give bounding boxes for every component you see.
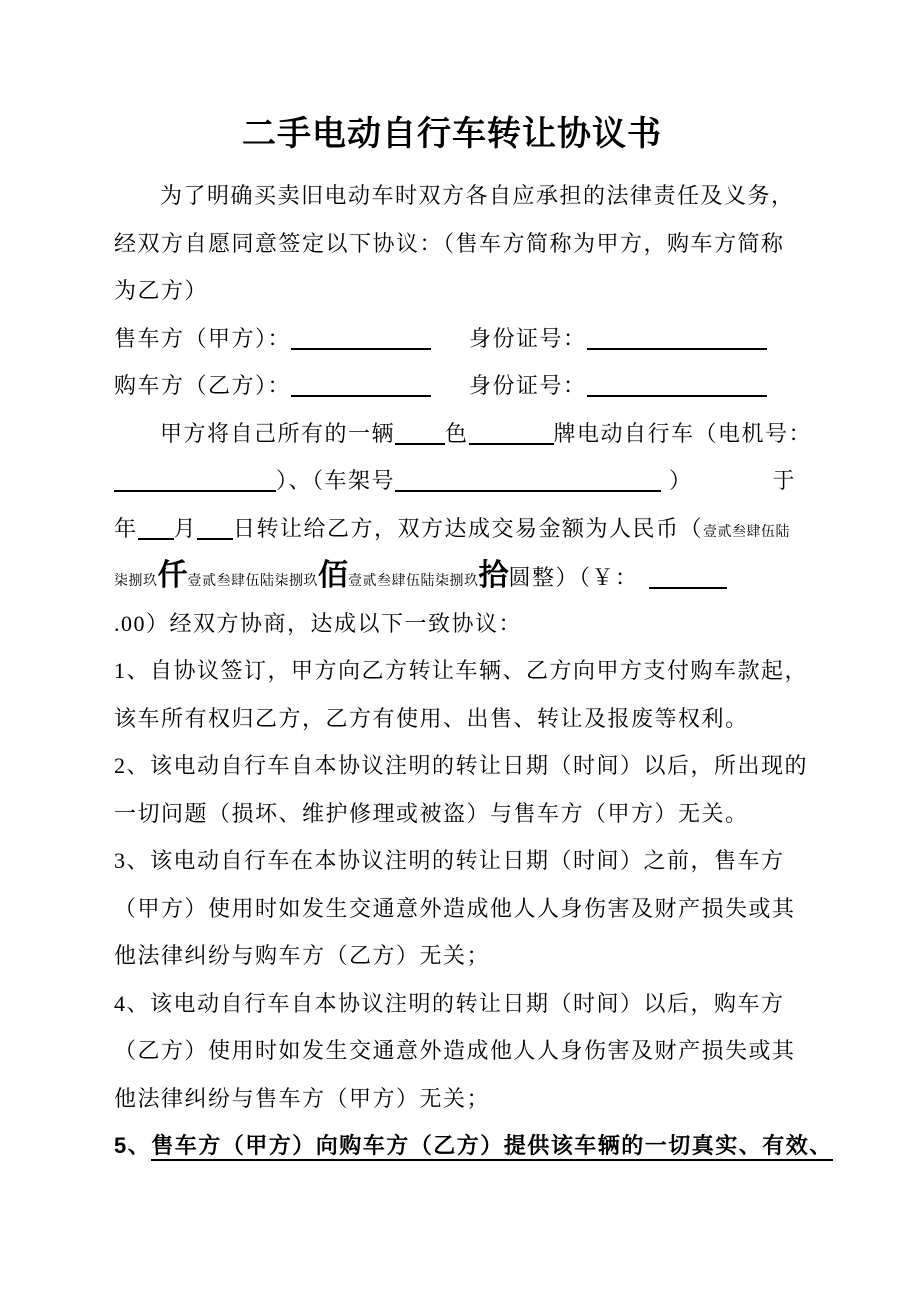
doc-line: 4、该电动自行车自本协议注明的转让日期（时间）以后，购车方 — [114, 980, 920, 1028]
blank-underline-field[interactable] — [291, 324, 431, 350]
text-segment: 该车所有权归乙方，乙方有使用、出售、转让及报废等权利。 — [114, 706, 749, 731]
text-segment: 为乙方） — [114, 278, 208, 303]
text-segment: 为了明确买卖旧电动车时双方各自应承担的法律责任及义务， — [160, 183, 795, 208]
doc-line: 为了明确买卖旧电动车时双方各自应承担的法律责任及义务， — [114, 172, 920, 220]
doc-line: ）、（车架号）于 — [114, 457, 920, 505]
blank-underline-field[interactable] — [469, 419, 554, 445]
text-segment: 身份证号： — [469, 373, 587, 398]
blank-underline-field[interactable] — [138, 514, 174, 540]
doc-line: （甲方）使用时如发生交通意外造成他人人身伤害及财产损失或其 — [114, 885, 920, 933]
doc-line: 3、该电动自行车在本协议注明的转让日期（时间）之前，售车方 — [114, 837, 920, 885]
doc-line: 1、自协议签订，甲方向乙方转让车辆、乙方向甲方支付购车款起， — [114, 647, 920, 695]
text-segment: 一切问题（损坏、维护修理或被盗）与售车方（甲方）无关。 — [114, 801, 749, 826]
text-segment: （乙方）使用时如发生交通意外造成他人人身伤害及财产损失或其 — [114, 1038, 796, 1063]
paragraph-indent — [114, 202, 160, 203]
doc-line: （乙方）使用时如发生交通意外造成他人人身伤害及财产损失或其 — [114, 1027, 920, 1075]
spacer — [661, 487, 669, 488]
spacer — [431, 345, 469, 346]
document-page[interactable]: 二手电动自行车转让协议书 为了明确买卖旧电动车时双方各自应承担的法律责任及义务，… — [0, 0, 920, 1302]
doc-line: 2、该电动自行车自本协议注明的转让日期（时间）以后，所出现的 — [114, 742, 920, 790]
spacer — [431, 392, 469, 393]
text-segment: 4、该电动自行车自本协议注明的转让日期（时间）以后，购车方 — [114, 991, 785, 1016]
text-segment: 他法律纠纷与售车方（甲方）无关； — [114, 1086, 490, 1111]
doc-line: 他法律纠纷与购车方（乙方）无关； — [114, 932, 920, 980]
paragraph-indent — [114, 440, 160, 441]
text-segment: 壹贰叁肆伍陆柒捌玖 — [188, 574, 319, 589]
text-segment: ） — [669, 468, 693, 493]
blank-underline-field[interactable] — [291, 371, 431, 397]
blank-underline-field[interactable] — [395, 466, 661, 492]
text-segment: 色 — [445, 421, 469, 446]
text-segment: （甲方）使用时如发生交通意外造成他人人身伤害及财产损失或其 — [114, 896, 796, 921]
doc-line: 年月日转让给乙方，双方达成交易金额为人民币（壹贰叁肆伍陆 — [114, 505, 920, 553]
text-segment: 购车方（乙方）： — [114, 373, 291, 398]
text-segment: 1、自协议签订，甲方向乙方转让车辆、乙方向甲方支付购车款起， — [114, 658, 808, 683]
blank-underline-field[interactable] — [649, 563, 727, 589]
text-segment: 2、该电动自行车自本协议注明的转让日期（时间）以后，所出现的 — [114, 753, 808, 778]
text-segment: 壹贰叁肆伍陆 — [703, 525, 790, 540]
text-segment: 甲方将自己所有的一辆 — [160, 421, 395, 446]
text-segment: .00）经双方协商，达成以下一致协议： — [114, 611, 522, 636]
doc-line: 5、售车方（甲方）向购车方（乙方）提供该车辆的一切真实、有效、 — [114, 1122, 920, 1170]
text-segment: 柒捌玖 — [114, 574, 158, 589]
text-segment: 3、该电动自行车在本协议注明的转让日期（时间）之前，售车方 — [114, 848, 785, 873]
doc-line: 甲方将自己所有的一辆色牌电动自行车（电机号： — [114, 410, 920, 458]
blank-underline-field[interactable] — [395, 419, 445, 445]
text-segment: 年 — [114, 516, 138, 541]
document-title: 二手电动自行车转让协议书 — [114, 96, 790, 172]
spacer — [693, 487, 773, 488]
text-segment: 牌电动自行车（电机号： — [554, 421, 813, 446]
text-segment: 5、 — [114, 1133, 151, 1158]
text-segment: 经双方自愿同意签定以下协议：（售车方简称为甲方，购车方简称 — [114, 231, 785, 256]
blank-underline-field[interactable] — [197, 514, 233, 540]
text-segment: 拾 — [479, 559, 509, 592]
text-segment: 月 — [174, 516, 198, 541]
blank-underline-field[interactable] — [114, 466, 276, 492]
text-segment: 壹贰叁肆伍陆柒捌玖 — [348, 574, 479, 589]
blank-underline-field[interactable] — [587, 324, 767, 350]
text-segment: 圆整）（￥： — [509, 565, 639, 590]
doc-line: 他法律纠纷与售车方（甲方）无关； — [114, 1075, 920, 1123]
text-segment: 于 — [773, 468, 797, 493]
text-segment: 售车方（甲方）： — [114, 326, 291, 351]
doc-line: 柒捌玖仟壹贰叁肆伍陆柒捌玖佰壹贰叁肆伍陆柒捌玖拾圆整）（￥： — [114, 552, 920, 600]
doc-line: 购车方（乙方）：身份证号： — [114, 362, 920, 410]
text-segment: ）、（车架号 — [276, 468, 395, 493]
text-segment: 售车方（甲方）向购车方（乙方）提供该车辆的一切真实、有效、 — [151, 1133, 833, 1161]
text-segment: 日转让给乙方，双方达成交易金额为人民币（ — [233, 516, 703, 541]
text-segment: 身份证号： — [469, 326, 587, 351]
spacer — [639, 584, 649, 585]
doc-line: 为乙方） — [114, 267, 920, 315]
doc-line: .00）经双方协商，达成以下一致协议： — [114, 600, 920, 648]
blank-underline-field[interactable] — [587, 371, 767, 397]
document-body: 为了明确买卖旧电动车时双方各自应承担的法律责任及义务，经双方自愿同意签定以下协议… — [114, 172, 920, 1170]
text-segment: 他法律纠纷与购车方（乙方）无关； — [114, 943, 490, 968]
text-segment: 佰 — [318, 559, 348, 592]
doc-line: 该车所有权归乙方，乙方有使用、出售、转让及报废等权利。 — [114, 695, 920, 743]
doc-line: 一切问题（损坏、维护修理或被盗）与售车方（甲方）无关。 — [114, 790, 920, 838]
doc-line: 经双方自愿同意签定以下协议：（售车方简称为甲方，购车方简称 — [114, 220, 920, 268]
text-segment: 仟 — [158, 559, 188, 592]
doc-line: 售车方（甲方）：身份证号： — [114, 315, 920, 363]
